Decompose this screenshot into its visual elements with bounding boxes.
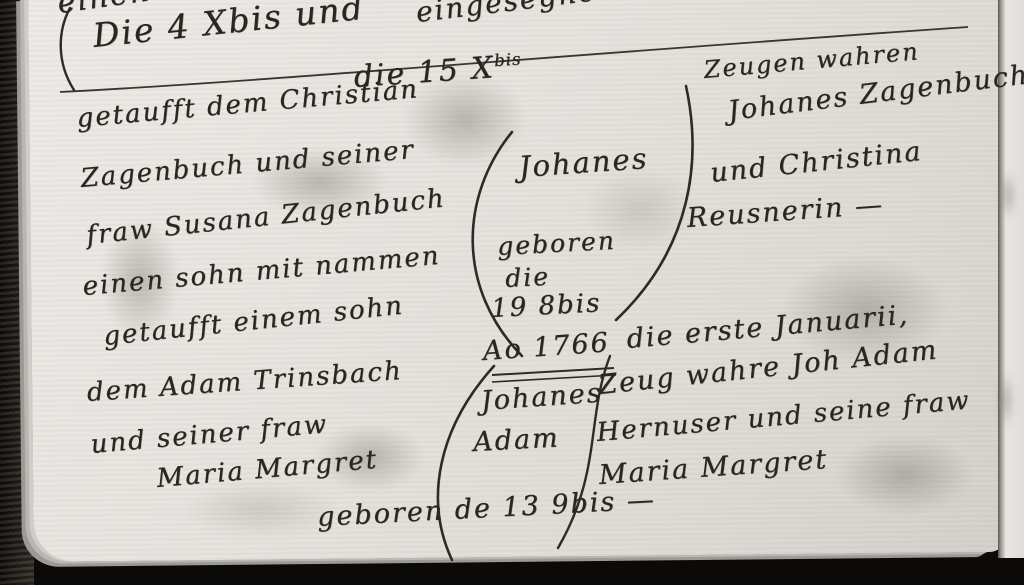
adjacent-page-ink-marks [993,360,1019,440]
register-page-scan: einen sohn Die 4 Xbis und eingesegnet. d… [0,0,1024,585]
adjacent-page-ink-marks [995,160,1021,230]
section-heading-superscript: bis [493,49,522,70]
ink-bleedthrough [810,420,1000,530]
entry2-child-name2: Adam [472,423,560,458]
entry1-born-label: geboren [496,226,616,261]
entry1-birth-date: 19 8bis [490,288,602,324]
entry1-born-die: die [504,262,550,293]
